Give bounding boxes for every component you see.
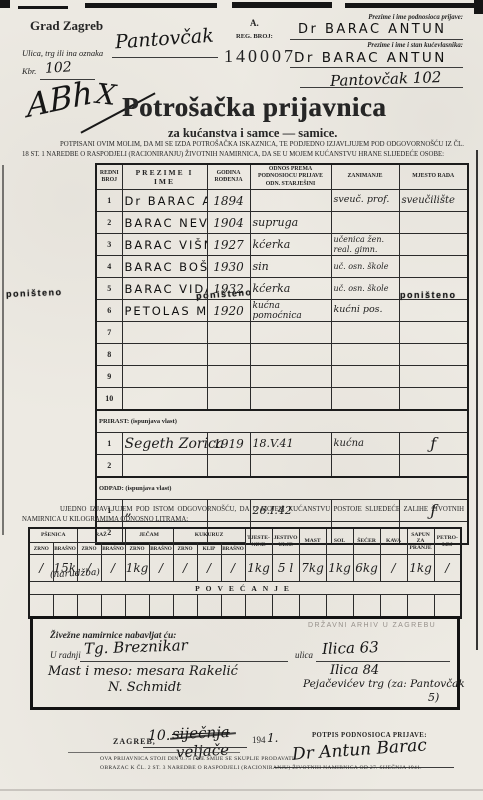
person-name <box>122 344 207 366</box>
empty-cell <box>299 595 326 619</box>
row-num: 10 <box>96 388 122 411</box>
relation <box>250 388 331 411</box>
shop-handwritten-value: Tg. Breznikar <box>84 636 188 658</box>
empty-cell <box>407 595 434 619</box>
relation <box>250 190 331 212</box>
supplier-address-handwritten-3: 5) <box>428 691 439 704</box>
shop-street-underline <box>316 661 450 662</box>
cancelled-stamp: poništeno <box>400 290 457 300</box>
prirast-section-label-row: PRIRAST: (ispunjava vlast) <box>96 410 468 433</box>
supply-value: / <box>101 555 125 582</box>
workplace <box>399 256 468 278</box>
person-row: 9 <box>96 366 468 388</box>
supply-value: 7kg <box>299 555 326 582</box>
occupation <box>331 455 399 478</box>
supplies-group-header-row: PŠENICA RAŽ JEČAM KUKURUZ TJESTE- NINE J… <box>29 528 461 543</box>
workplace <box>399 344 468 366</box>
increase-empty-row <box>29 595 461 619</box>
row-num: 9 <box>96 366 122 388</box>
person-name <box>122 322 207 344</box>
shop-label: U radnji <box>50 650 81 660</box>
empty-cell <box>149 595 173 619</box>
row-num: 2 <box>96 212 122 234</box>
birth-year <box>207 366 250 388</box>
col-sol: SOL <box>326 528 353 555</box>
scan-edge-artifact <box>85 3 217 8</box>
sub-brasno: BRAŠNO <box>101 543 125 555</box>
occupation <box>331 212 399 234</box>
relation: kućna pomoćnica <box>250 300 331 322</box>
birth-year: 1894 <box>207 190 250 212</box>
sub-zrno: ZRNO <box>125 543 149 555</box>
supply-value: / <box>380 555 407 582</box>
group-psenica: PŠENICA <box>29 528 77 543</box>
sub-klip: KLIP <box>197 543 221 555</box>
col-header-num: REDNI BROJ <box>96 164 122 190</box>
col-jestivo-ulje: JESTIVO ULJE <box>272 528 299 555</box>
prirast-row: 2 <box>96 455 468 478</box>
applicant-label: Prezime i ime podnosioca prijave: <box>290 14 463 21</box>
birth-year <box>207 322 250 344</box>
margin-initials-handwritten: ABh <box>25 73 93 125</box>
registry-number-value: 140007 <box>224 46 296 67</box>
row-num: 5 <box>96 278 122 300</box>
birth-year: 1920 <box>207 300 250 322</box>
occupation: kućni pos. <box>331 300 399 322</box>
empty-cell <box>29 595 53 619</box>
occupation <box>331 322 399 344</box>
fineprint-line-2: OBRAZAC K ČL. 2 ST. 3 NAREDBE O RASPODJE… <box>100 765 422 771</box>
applicant-signature-handwritten: Dr Antun Barac <box>291 735 427 764</box>
empty-cell <box>434 595 461 619</box>
prirast-row: 1 Segeth Zorica 1919 18.V.41 kućna ƒ <box>96 433 468 455</box>
person-row: 4 BARAC BOŠKO 1930 sin uč. osn. škole <box>96 256 468 278</box>
empty-cell <box>326 595 353 619</box>
empty-cell <box>53 595 77 619</box>
person-row: 1 Dr BARAC ANTUN 1894 sveuč. prof. sveuč… <box>96 190 468 212</box>
year-printed: 194 <box>252 735 266 745</box>
applicant-handwritten-name: Dr BARAC ANTUN <box>298 22 446 37</box>
person-row: 7 <box>96 322 468 344</box>
col-header-year: GODINA ROĐENJA <box>207 164 250 190</box>
birth-year <box>207 388 250 411</box>
scan-edge-artifact <box>0 789 483 791</box>
empty-cell <box>77 595 101 619</box>
person-name: PETOLAS MARICA <box>122 300 207 322</box>
relation <box>250 322 331 344</box>
col-tjestenine: TJESTE- NINE <box>245 528 272 555</box>
supply-value: / <box>221 555 245 582</box>
person-row: 3 BARAC VIŠNJA 1927 kćerka učenica žen. … <box>96 234 468 256</box>
supplier-address-handwritten-2: Pejačevićev trg (za: Pantovčak <box>303 678 465 690</box>
birth-year: 1904 <box>207 212 250 234</box>
applicant-underline <box>290 39 463 40</box>
cancelled-stamp: poništeno <box>6 287 63 299</box>
occupation: uč. osn. škole <box>331 256 399 278</box>
supply-value: 1kg <box>407 555 434 582</box>
date-entry <box>250 455 331 478</box>
archive-stamp: DRŽAVNI ARHIV U ZAGREBU <box>308 622 436 629</box>
persons-table: REDNI BROJ PREZIME I IME GODINA ROĐENJA … <box>95 163 469 545</box>
col-petrolej: PETRO- LEJ <box>434 528 461 555</box>
supply-value: 5 l <box>272 555 299 582</box>
group-raz: RAŽ <box>77 528 125 543</box>
shop-street-handwritten: Ilica 63 <box>322 638 379 658</box>
person-row: 8 <box>96 344 468 366</box>
section-letter: A. <box>250 18 259 28</box>
person-name: BARAC BOŠKO <box>122 256 207 278</box>
relation <box>250 344 331 366</box>
owner-label: Prezime i ime i stan kućevlasnika: <box>290 42 463 49</box>
workplace <box>399 322 468 344</box>
col-header-relation: ODNOS PREMA PODNOSIOCU PRIJAVE ODN. STAR… <box>250 164 331 190</box>
row-num: 3 <box>96 234 122 256</box>
prirast-label: PRIRAST: (ispunjava vlast) <box>96 410 468 433</box>
empty-cell <box>353 595 380 619</box>
occupation <box>331 388 399 411</box>
date-day-handwritten: 10. <box>148 728 170 744</box>
sub-brasno: BRAŠNO <box>53 543 77 555</box>
birth-year <box>207 455 250 478</box>
fineprint-line-1: OVA PRIJAVNICA STOJI DIN 0.75 I NE SMIJE… <box>100 756 296 762</box>
person-name <box>122 366 207 388</box>
empty-cell <box>272 595 299 619</box>
row-num: 4 <box>96 256 122 278</box>
col-header-name: PREZIME I IME <box>122 164 207 190</box>
row-num: 2 <box>96 455 122 478</box>
margin-cross-mark: X <box>94 77 117 112</box>
supply-value: 1kg <box>326 555 353 582</box>
scan-edge-artifact <box>345 3 478 8</box>
owner-handwritten-name: Dr BARAC ANTUN <box>294 50 447 66</box>
person-name: Dr BARAC ANTUN <box>122 190 207 212</box>
workplace <box>399 455 468 478</box>
col-kava: KAVA <box>380 528 407 555</box>
row-num: 8 <box>96 344 122 366</box>
row-num: 6 <box>96 300 122 322</box>
shop-underline <box>80 661 288 662</box>
workplace <box>399 300 468 322</box>
col-secer: ŠEĆER <box>353 528 380 555</box>
occupation: kućna <box>331 433 399 455</box>
relation: kćerka <box>250 278 331 300</box>
supply-value: / <box>197 555 221 582</box>
group-kukuruz: KUKURUZ <box>173 528 245 543</box>
occupation <box>331 366 399 388</box>
person-name: BARAC VIDA <box>122 278 207 300</box>
city-name: Grad Zagreb <box>30 18 103 34</box>
supply-value: / <box>173 555 197 582</box>
person-name-handwritten: Segeth Zorica <box>122 433 207 455</box>
supply-value: / <box>434 555 461 582</box>
odpad-section-label-row: ODPAD: (ispunjava vlast) <box>96 477 468 500</box>
col-header-occupation: ZANIMANJE <box>331 164 399 190</box>
empty-cell <box>221 595 245 619</box>
occupation: sveuč. prof. <box>331 190 399 212</box>
street-label: Ulica, trg ili ina oznaka <box>22 48 103 58</box>
workplace <box>399 234 468 256</box>
birth-year: 1930 <box>207 256 250 278</box>
registry-number-label: REG. BROJ: <box>236 33 273 40</box>
persons-header-row: REDNI BROJ PREZIME I IME GODINA ROĐENJA … <box>96 164 468 190</box>
form-subtitle: za kućanstva i samce — samice. <box>168 126 337 141</box>
empty-cell <box>197 595 221 619</box>
date-entry: 18.V.41 <box>250 433 331 455</box>
date-underline <box>143 747 247 748</box>
house-number-value: 102 <box>45 59 73 76</box>
declaration-text-2: UJEDNO IZJAVLJUJEM POD ISTOM ODGOVORNOŠĆ… <box>22 505 464 525</box>
declaration-text-1: POTPISANI OVIM MOLIM, DA MI SE IZDA POTR… <box>22 140 464 160</box>
empty-cell <box>125 595 149 619</box>
occupation: uč. osn. škole <box>331 278 399 300</box>
sub-brasno: BRAŠNO <box>221 543 245 555</box>
shop-street-label: ulica <box>295 650 313 660</box>
sub-zrno: ZRNO <box>77 543 101 555</box>
col-header-workplace: MJESTO RADA <box>399 164 468 190</box>
house-number-label: Kbr. <box>22 66 36 76</box>
row-num: 1 <box>96 190 122 212</box>
form-title: Potrošačka prijavnica <box>122 92 386 123</box>
workplace: sveučilište <box>399 190 468 212</box>
year-handwritten-digit: 1. <box>267 731 278 745</box>
relation: kćerka <box>250 234 331 256</box>
scan-edge-artifact <box>2 165 4 535</box>
occupation <box>331 344 399 366</box>
owner-address-underline <box>300 87 463 88</box>
empty-cell <box>101 595 125 619</box>
col-mast: MAST <box>299 528 326 555</box>
person-name: BARAC VIŠNJA <box>122 234 207 256</box>
person-row-cancelled: 6 PETOLAS MARICA 1920 kućna pomoćnica ku… <box>96 300 468 322</box>
scan-edge-artifact <box>476 150 478 650</box>
birth-year <box>207 344 250 366</box>
workplace <box>399 388 468 411</box>
scan-edge-artifact <box>0 0 10 8</box>
relation: sin <box>250 256 331 278</box>
empty-cell <box>173 595 197 619</box>
empty-cell <box>245 595 272 619</box>
person-name <box>122 388 207 411</box>
scan-edge-artifact <box>232 2 332 8</box>
person-name: BARAC NEVENKA <box>122 212 207 234</box>
supply-value: 1kg <box>245 555 272 582</box>
meat-supplier-handwritten-2: N. Schmidt <box>108 680 181 695</box>
street-underline <box>112 57 218 58</box>
empty-cell <box>380 595 407 619</box>
supplier-address-handwritten-1: Ilica 84 <box>330 663 379 678</box>
fineprint-divider <box>68 752 240 753</box>
official-signature-mark: ƒ <box>399 433 468 455</box>
sub-zrno: ZRNO <box>173 543 197 555</box>
meat-supplier-handwritten-1: Mast i meso: mesara Rakelić <box>48 664 238 679</box>
increase-label: POVEĆANJE <box>29 582 461 595</box>
supply-value: 6kg <box>353 555 380 582</box>
row-num: 1 <box>96 433 122 455</box>
supply-value: 1kg <box>125 555 149 582</box>
person-row: 10 <box>96 388 468 411</box>
supply-value: / <box>149 555 173 582</box>
row-num: 7 <box>96 322 122 344</box>
group-jecam: JEČAM <box>125 528 173 543</box>
sub-brasno: BRAŠNO <box>149 543 173 555</box>
scan-edge-artifact <box>474 0 483 14</box>
relation: supruga <box>250 212 331 234</box>
increase-row: POVEĆANJE <box>29 582 461 595</box>
col-sapun: SAPUN ZA PRANJE <box>407 528 434 555</box>
street-handwritten-value: Pantovčak <box>114 25 214 54</box>
birth-year: 1927 <box>207 234 250 256</box>
odpad-label: ODPAD: (ispunjava vlast) <box>96 477 468 500</box>
relation <box>250 366 331 388</box>
person-row: 2 BARAC NEVENKA 1904 supruga <box>96 212 468 234</box>
person-name <box>122 455 207 478</box>
occupation: učenica žen. real. gimn. <box>331 234 399 256</box>
sub-zrno: ZRNO <box>29 543 53 555</box>
workplace <box>399 212 468 234</box>
workplace <box>399 366 468 388</box>
scan-edge-artifact <box>18 6 68 9</box>
scanned-form-page: Grad Zagreb Ulica, trg ili ina oznaka Pa… <box>0 0 483 800</box>
